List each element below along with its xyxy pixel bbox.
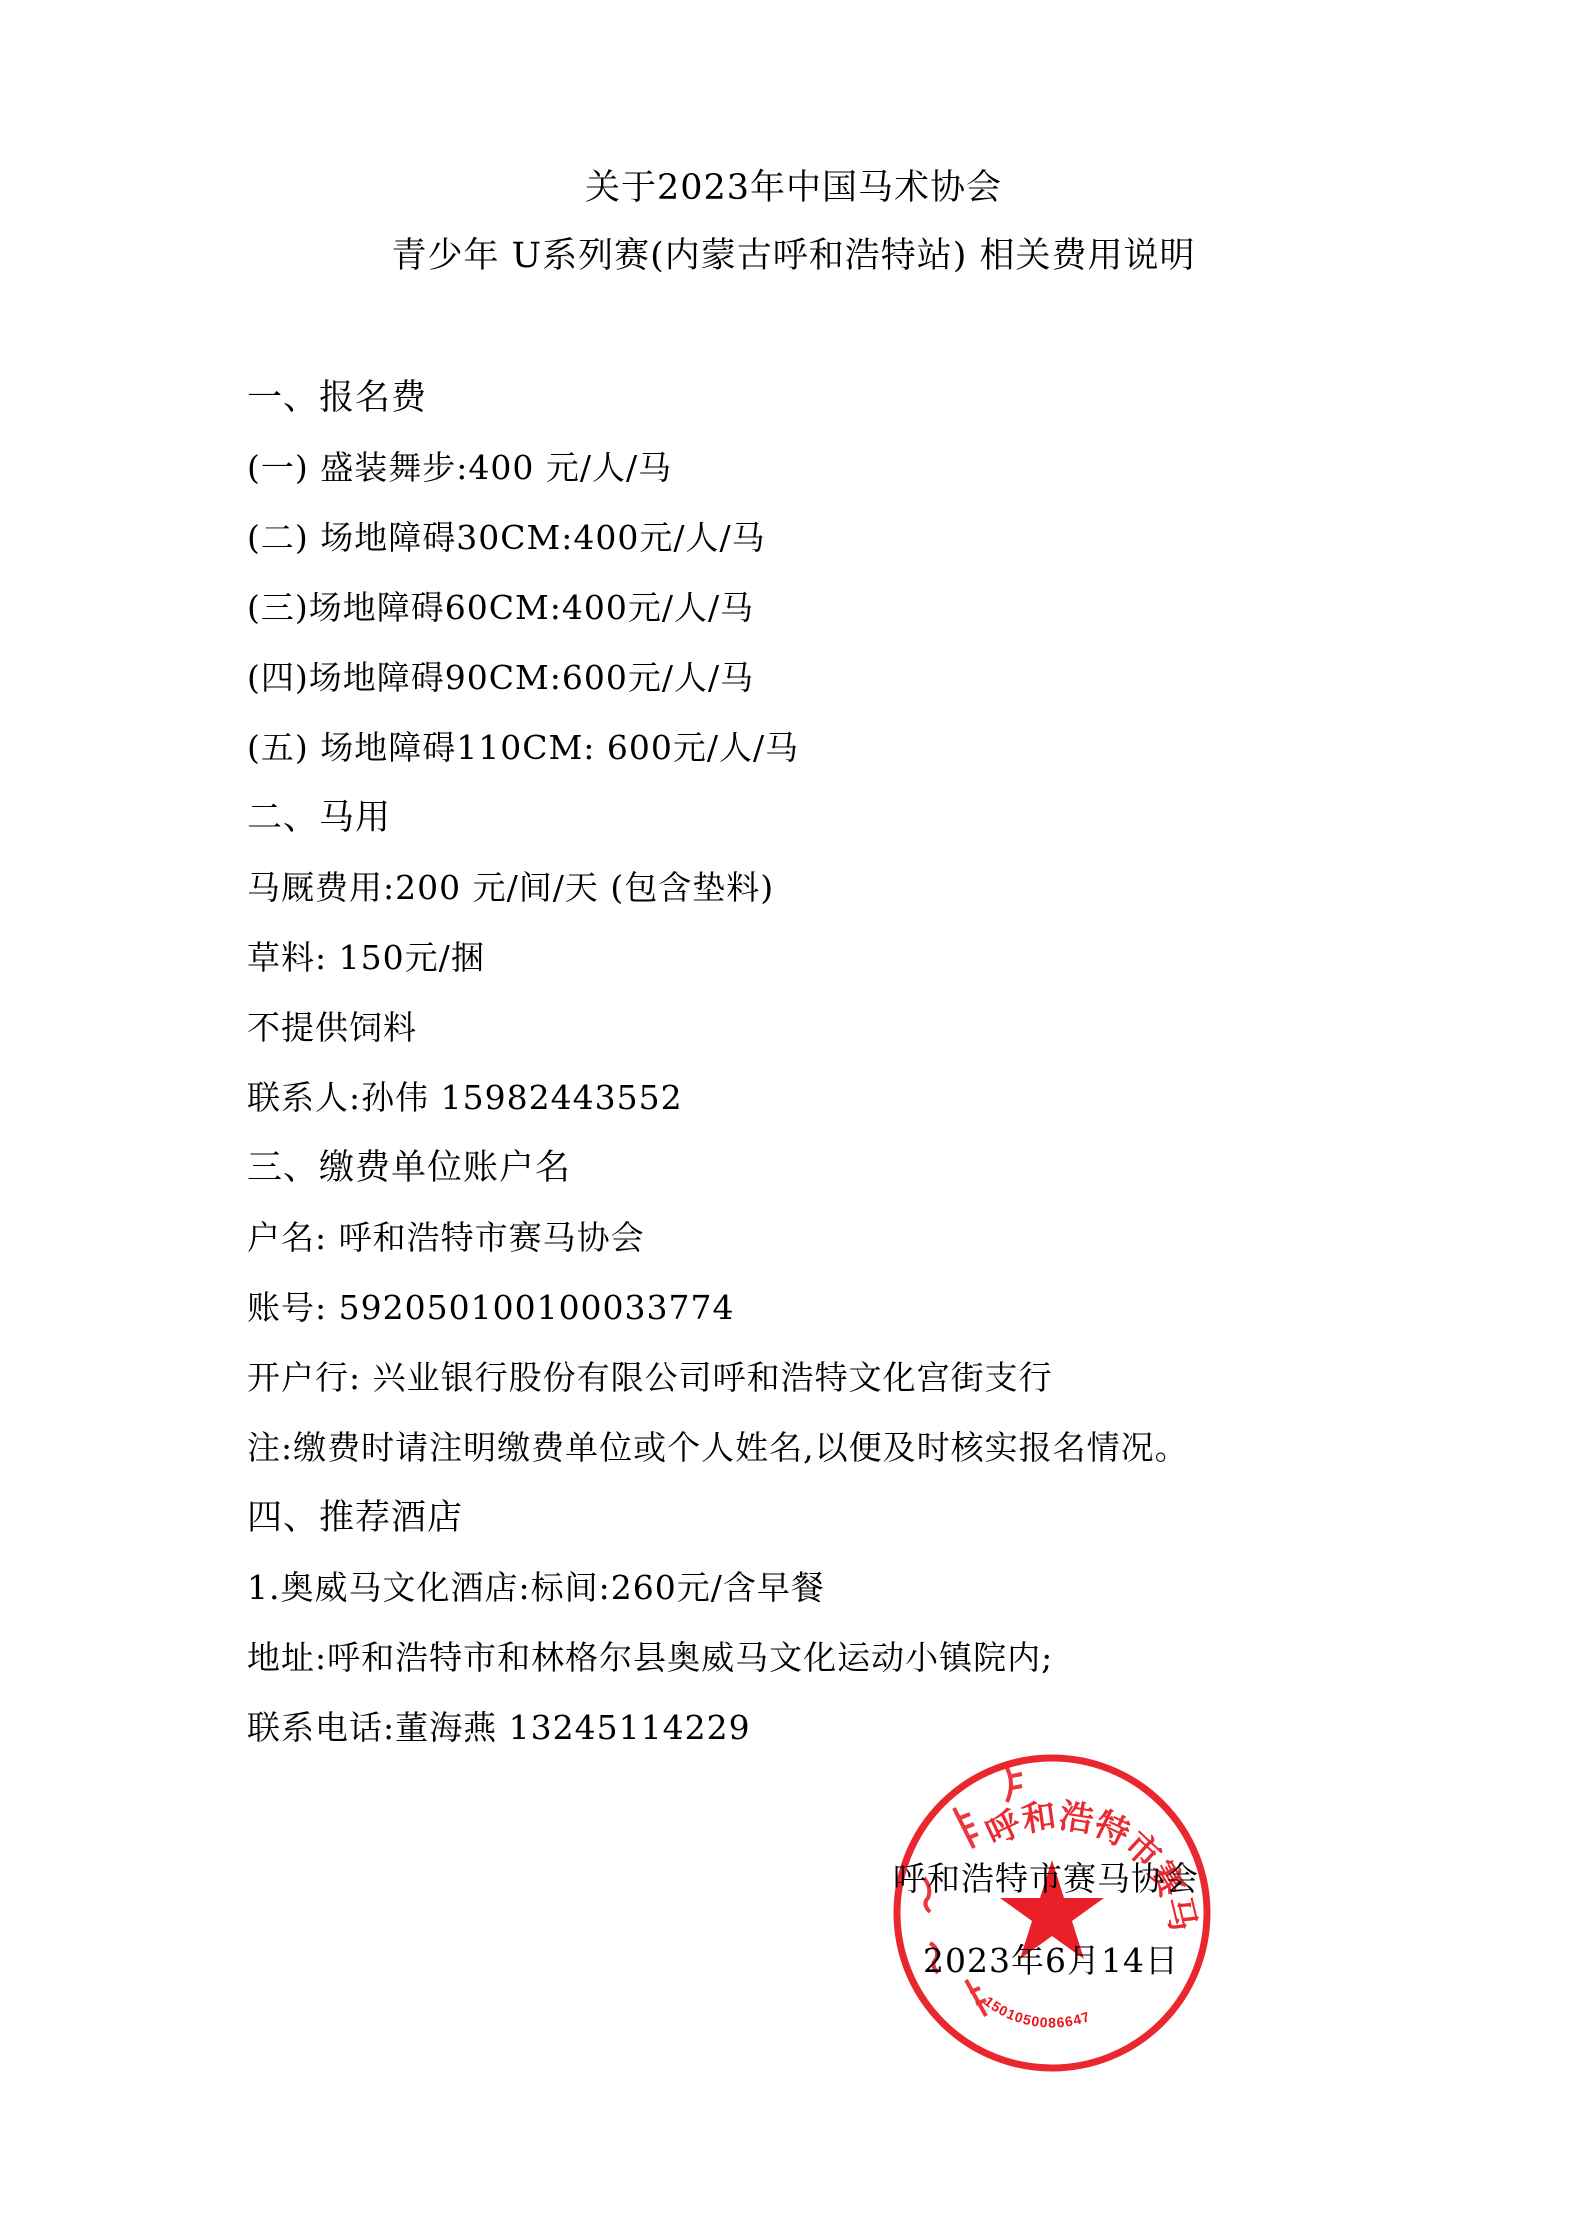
fee-line: (一) 盛装舞步:400 元/人/马 bbox=[247, 442, 672, 489]
document-title-line-1: 关于2023年中国马术协会 bbox=[0, 160, 1587, 210]
document-title-line-2: 青少年 U系列赛(内蒙古呼和浩特站) 相关费用说明 bbox=[0, 228, 1587, 278]
hotel-address-line: 地址:呼和浩特市和林格尔县奥威马文化运动小镇院内; bbox=[247, 1632, 1053, 1679]
bank-line: 开户行: 兴业银行股份有限公司呼和浩特文化宫街支行 bbox=[247, 1352, 1053, 1399]
fee-line: (五) 场地障碍110CM: 600元/人/马 bbox=[247, 722, 799, 769]
section-heading-registration-fee: 一、报名费 bbox=[247, 370, 427, 420]
horse-line: 马厩费用:200 元/间/天 (包含垫料) bbox=[247, 862, 774, 909]
section-heading-hotel: 四、推荐酒店 bbox=[247, 1490, 463, 1540]
section-heading-payment-account: 三、缴费单位账户名 bbox=[247, 1140, 571, 1190]
account-name-line: 户名: 呼和浩特市赛马协会 bbox=[247, 1212, 645, 1259]
signature-organization: 呼和浩特市赛马协会 bbox=[893, 1853, 1199, 1900]
contact-line: 联系人:孙伟 15982443552 bbox=[247, 1072, 683, 1119]
fee-line: (三)场地障碍60CM:400元/人/马 bbox=[247, 582, 754, 629]
horse-line: 草料: 150元/捆 bbox=[247, 932, 485, 979]
horse-line: 不提供饲料 bbox=[247, 1002, 417, 1049]
section-heading-horse-use: 二、马用 bbox=[247, 790, 391, 840]
fee-line: (二) 场地障碍30CM:400元/人/马 bbox=[247, 512, 766, 559]
signature-date: 2023年6月14日 bbox=[923, 1935, 1179, 1982]
hotel-contact-line: 联系电话:董海燕 13245114229 bbox=[247, 1702, 751, 1749]
official-seal-stamp: 呼和浩特市赛马协会 1501050086647 bbox=[882, 1748, 1222, 2078]
note-line: 注:缴费时请注明缴费单位或个人姓名,以便及时核实报名情况。 bbox=[247, 1422, 1189, 1469]
hotel-line: 1.奥威马文化酒店:标间:260元/含早餐 bbox=[247, 1562, 825, 1609]
svg-text:1501050086647: 1501050086647 bbox=[981, 1993, 1092, 2031]
account-number-line: 账号: 592050100100033774 bbox=[247, 1282, 735, 1329]
fee-line: (四)场地障碍90CM:600元/人/马 bbox=[247, 652, 754, 699]
